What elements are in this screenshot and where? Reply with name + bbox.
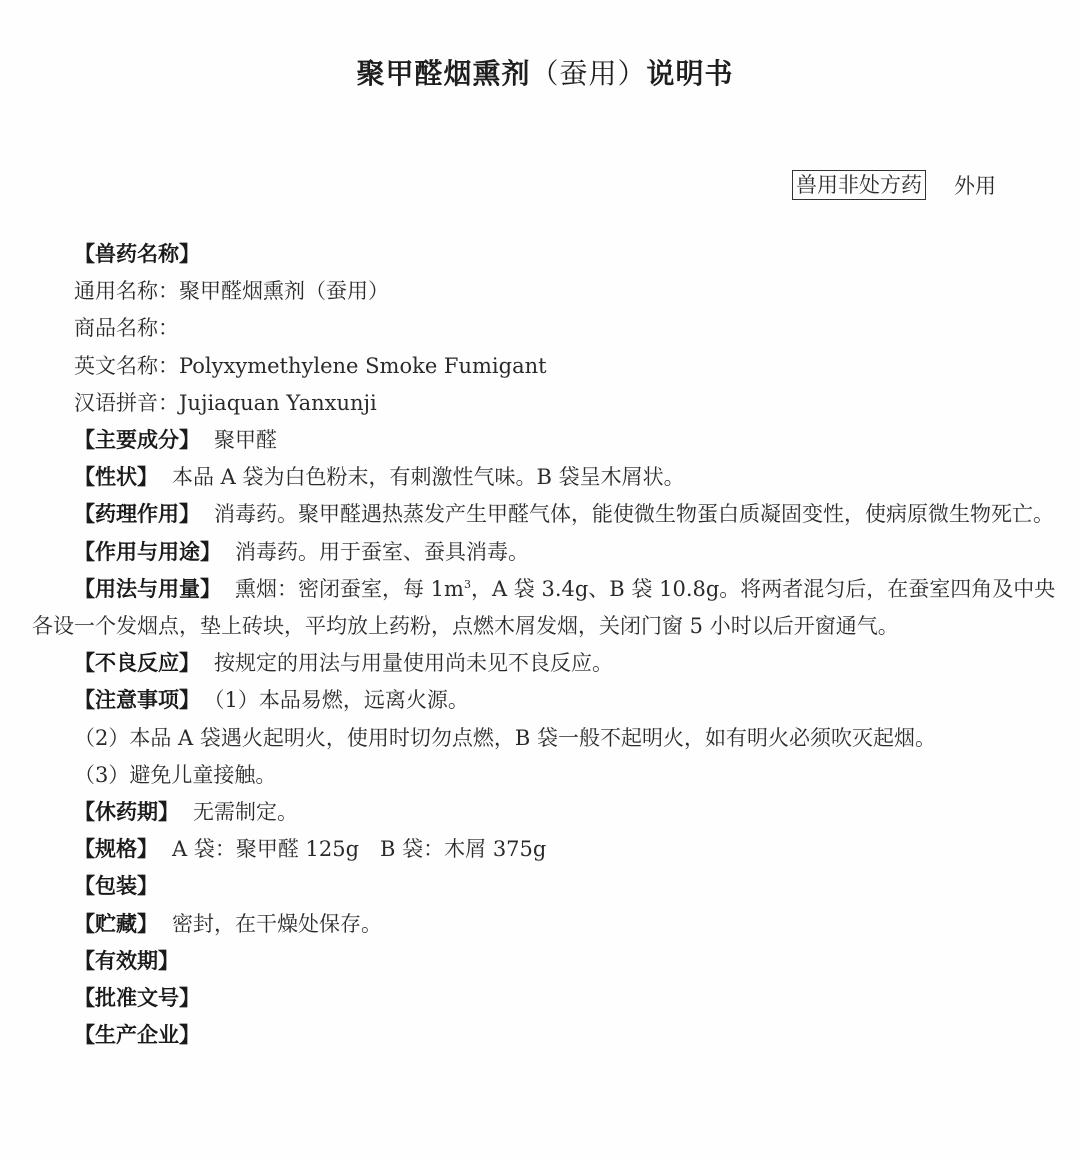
section-header: 【性状】 xyxy=(74,465,158,489)
section-name-header: 【兽药名称】 xyxy=(32,236,1062,273)
section-adverse: 【不良反应】按规定的用法与用量使用尚未见不良反应。 xyxy=(32,645,1062,682)
route-label: 外用 xyxy=(954,170,996,200)
section-withdrawal: 【休药期】无需制定。 xyxy=(32,794,1062,831)
section-text: A 袋：聚甲醛 125g B 袋：木屑 375g xyxy=(172,837,546,861)
section-header: 【有效期】 xyxy=(74,949,179,973)
english-name: 英文名称：Polyxymethylene Smoke Fumigant xyxy=(32,348,1062,385)
section-header: 【休药期】 xyxy=(74,800,179,824)
section-header: 【作用与用途】 xyxy=(74,540,221,564)
section-indications: 【作用与用途】消毒药。用于蚕室、蚕具消毒。 xyxy=(32,534,1062,571)
section-precautions: 【注意事项】（1）本品易燃，远离火源。 xyxy=(32,682,1062,719)
section-text: 消毒药。用于蚕室、蚕具消毒。 xyxy=(235,540,529,564)
section-header: 【包装】 xyxy=(74,874,158,898)
section-header: 【注意事项】 xyxy=(74,688,200,712)
title-paren: （蚕用） xyxy=(530,57,646,90)
section-specification: 【规格】A 袋：聚甲醛 125g B 袋：木屑 375g xyxy=(32,831,1062,868)
leaflet-body: 【兽药名称】 通用名称：聚甲醛烟熏剂（蚕用） 商品名称： 英文名称：Polyxy… xyxy=(32,236,1062,1054)
section-dosage: 【用法与用量】熏烟：密闭蚕室，每 1m3，A 袋 3.4g、B 袋 10.8g。… xyxy=(32,571,1062,645)
section-text: 按规定的用法与用量使用尚未见不良反应。 xyxy=(214,651,613,675)
section-header: 【兽药名称】 xyxy=(74,242,200,266)
section-text: 本品 A 袋为白色粉末，有刺激性气味。B 袋呈木屑状。 xyxy=(172,465,685,489)
section-text: 无需制定。 xyxy=(193,800,298,824)
section-text: 密封，在干燥处保存。 xyxy=(172,912,382,936)
section-header: 【贮藏】 xyxy=(74,912,158,936)
section-header: 【药理作用】 xyxy=(74,502,200,526)
section-header: 【不良反应】 xyxy=(74,651,200,675)
section-header: 【规格】 xyxy=(74,837,158,861)
generic-name: 通用名称：聚甲醛烟熏剂（蚕用） xyxy=(32,273,1062,310)
section-text: 消毒药。聚甲醛遇热蒸发产生甲醛气体，能使微生物蛋白质凝固变性，使病原微生物死亡。 xyxy=(214,502,1054,526)
section-ingredient: 【主要成分】聚甲醛 xyxy=(32,422,1062,459)
section-package: 【包装】 xyxy=(32,868,1062,905)
section-expiry: 【有效期】 xyxy=(32,943,1062,980)
section-approval: 【批准文号】 xyxy=(32,980,1062,1017)
document-title: 聚甲醛烟熏剂（蚕用）说明书 xyxy=(0,52,1080,92)
instruction-leaflet: 聚甲醛烟熏剂（蚕用）说明书 兽用非处方药 外用 【兽药名称】 通用名称：聚甲醛烟… xyxy=(0,0,1080,1162)
rx-classification: 兽用非处方药 外用 xyxy=(792,170,996,200)
section-text: 熏烟：密闭蚕室，每 1m xyxy=(235,577,464,601)
trade-name: 商品名称： xyxy=(32,310,1062,347)
pinyin-name: 汉语拼音：Jujiaquan Yanxunji xyxy=(32,385,1062,422)
section-storage: 【贮藏】密封，在干燥处保存。 xyxy=(32,906,1062,943)
precaution-item-1: （1）本品易燃，远离火源。 xyxy=(214,688,469,712)
section-header: 【批准文号】 xyxy=(74,986,200,1010)
title-main: 聚甲醛烟熏剂 xyxy=(356,57,530,90)
section-manufacturer: 【生产企业】 xyxy=(32,1017,1062,1054)
precaution-item-3: （3）避免儿童接触。 xyxy=(32,757,1062,794)
precaution-item-2: （2）本品 A 袋遇火起明火，使用时切勿点燃，B 袋一般不起明火，如有明火必须吹… xyxy=(32,720,1062,757)
otc-veterinary-label: 兽用非处方药 xyxy=(792,170,926,200)
superscript: 3 xyxy=(464,578,471,591)
section-text: 聚甲醛 xyxy=(214,428,277,452)
section-properties: 【性状】本品 A 袋为白色粉末，有刺激性气味。B 袋呈木屑状。 xyxy=(32,459,1062,496)
section-header: 【生产企业】 xyxy=(74,1023,200,1047)
title-suffix: 说明书 xyxy=(647,57,734,90)
section-header: 【用法与用量】 xyxy=(74,577,221,601)
section-pharmacology: 【药理作用】消毒药。聚甲醛遇热蒸发产生甲醛气体，能使微生物蛋白质凝固变性，使病原… xyxy=(32,496,1062,533)
section-header: 【主要成分】 xyxy=(74,428,200,452)
